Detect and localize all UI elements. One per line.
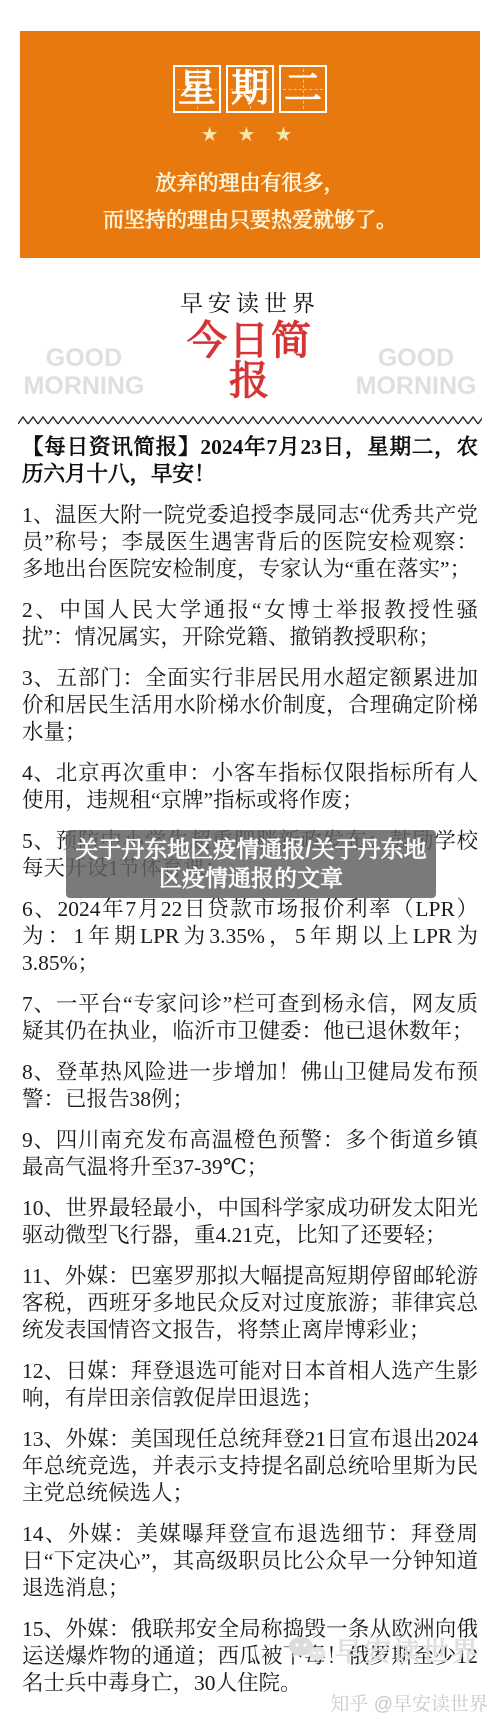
news-item: 10、世界最轻最小，中国科学家成功研发太阳光驱动微型飞行器，重4.21克，比知了…: [22, 1195, 478, 1249]
good-morning-left-label: GOOD MORNING: [0, 344, 168, 402]
wechat-bubbles-icon: [287, 1635, 327, 1665]
weekday-char-box: 星: [173, 65, 221, 113]
banner-slogan-line-1: 放弃的理由有很多，: [20, 165, 480, 202]
zigzag-divider: [18, 412, 482, 421]
weekday-char: 星: [178, 70, 216, 108]
weekday-char-box: 二: [279, 65, 327, 113]
weekday-char-box: 期: [226, 65, 274, 113]
news-item: 11、外媒：巴塞罗那拟大幅提高短期停留邮轮游客税，西班牙多地民众反对过度旅游；菲…: [22, 1263, 478, 1344]
banner-slogan-line-2: 而坚持的理由只要热爱就够了。: [20, 202, 480, 239]
daily-report-title: 今日简报: [181, 321, 319, 401]
good-morning-right-label: GOOD MORNING: [332, 344, 500, 402]
weekday-char: 期: [231, 70, 269, 108]
news-item: 7、一平台“专家问诊”栏可查到杨永信，网友质疑其仍在执业，临沂市卫健委：他已退休…: [22, 991, 478, 1045]
news-item: 12、日媒：拜登退选可能对日本首相人选产生影响，有岸田亲信敦促岸田退选；: [22, 1358, 478, 1412]
zhihu-watermark: 知乎 @早安读世界: [330, 1689, 488, 1716]
title-row: GOOD MORNING 今日简报 GOOD MORNING: [0, 321, 500, 401]
star-icons: ★ ★ ★: [20, 122, 480, 147]
briefing-content: 【每日资讯简报】2024年7月23日，星期二，农历六月十八，早安！ 1、温医大附…: [0, 421, 500, 1697]
news-item: 13、外媒：美国现任总统拜登21日宣布退出2024年总统竞选，并表示支持提名副总…: [22, 1426, 478, 1507]
news-item: 8、登革热风险进一步增加！佛山卫健局发布预警：已报告38例；: [22, 1059, 478, 1113]
news-item: 1、温医大附一院党委追授李晟同志“优秀共产党员”称号；李晟医生遇害背后的医院安检…: [22, 502, 478, 583]
news-item: 3、五部门：全面实行非居民用水超定额累进加价和居民生活用水阶梯水价制度，合理确定…: [22, 665, 478, 746]
overlay-caption-link[interactable]: 关于丹东地区疫情通报/关于丹东地区疫情通报的文章: [66, 830, 436, 898]
masthead: 早安读世界 GOOD MORNING 今日简报 GOOD MORNING: [0, 285, 500, 401]
morning-briefing-page: 星 期 二 ★ ★ ★ 放弃的理由有很多， 而坚持的理由只要热爱就够了。 早安读…: [0, 0, 500, 1720]
footer-logo-text: 早安读世界: [335, 1630, 480, 1669]
news-item: 9、四川南充发布高温橙色预警：多个街道乡镇最高气温将升至37-39℃；: [22, 1127, 478, 1181]
news-item: 6、2024年7月22日贷款市场报价利率（LPR）为：1年期LPR为3.35%，…: [22, 896, 478, 977]
weekday-char: 二: [284, 70, 322, 108]
footer-logo: 早安读世界: [287, 1630, 480, 1669]
briefing-intro: 【每日资讯简报】2024年7月23日，星期二，农历六月十八，早安！: [22, 434, 478, 488]
brand-title: 早安读世界: [0, 285, 500, 318]
weekday-character-boxes: 星 期 二: [20, 65, 480, 113]
news-item: 4、北京再次重申：小客车指标仅限指标所有人使用，违规租“京牌”指标或将作废；: [22, 760, 478, 814]
weekday-banner: 星 期 二 ★ ★ ★ 放弃的理由有很多， 而坚持的理由只要热爱就够了。: [20, 31, 480, 258]
news-item: 2、中国人民大学通报“女博士举报教授性骚扰”：情况属实，开除党籍、撤销教授职称；: [22, 597, 478, 651]
news-item: 14、外媒：美媒曝拜登宣布退选细节：拜登周日“下定决心”，其高级职员比公众早一分…: [22, 1521, 478, 1602]
